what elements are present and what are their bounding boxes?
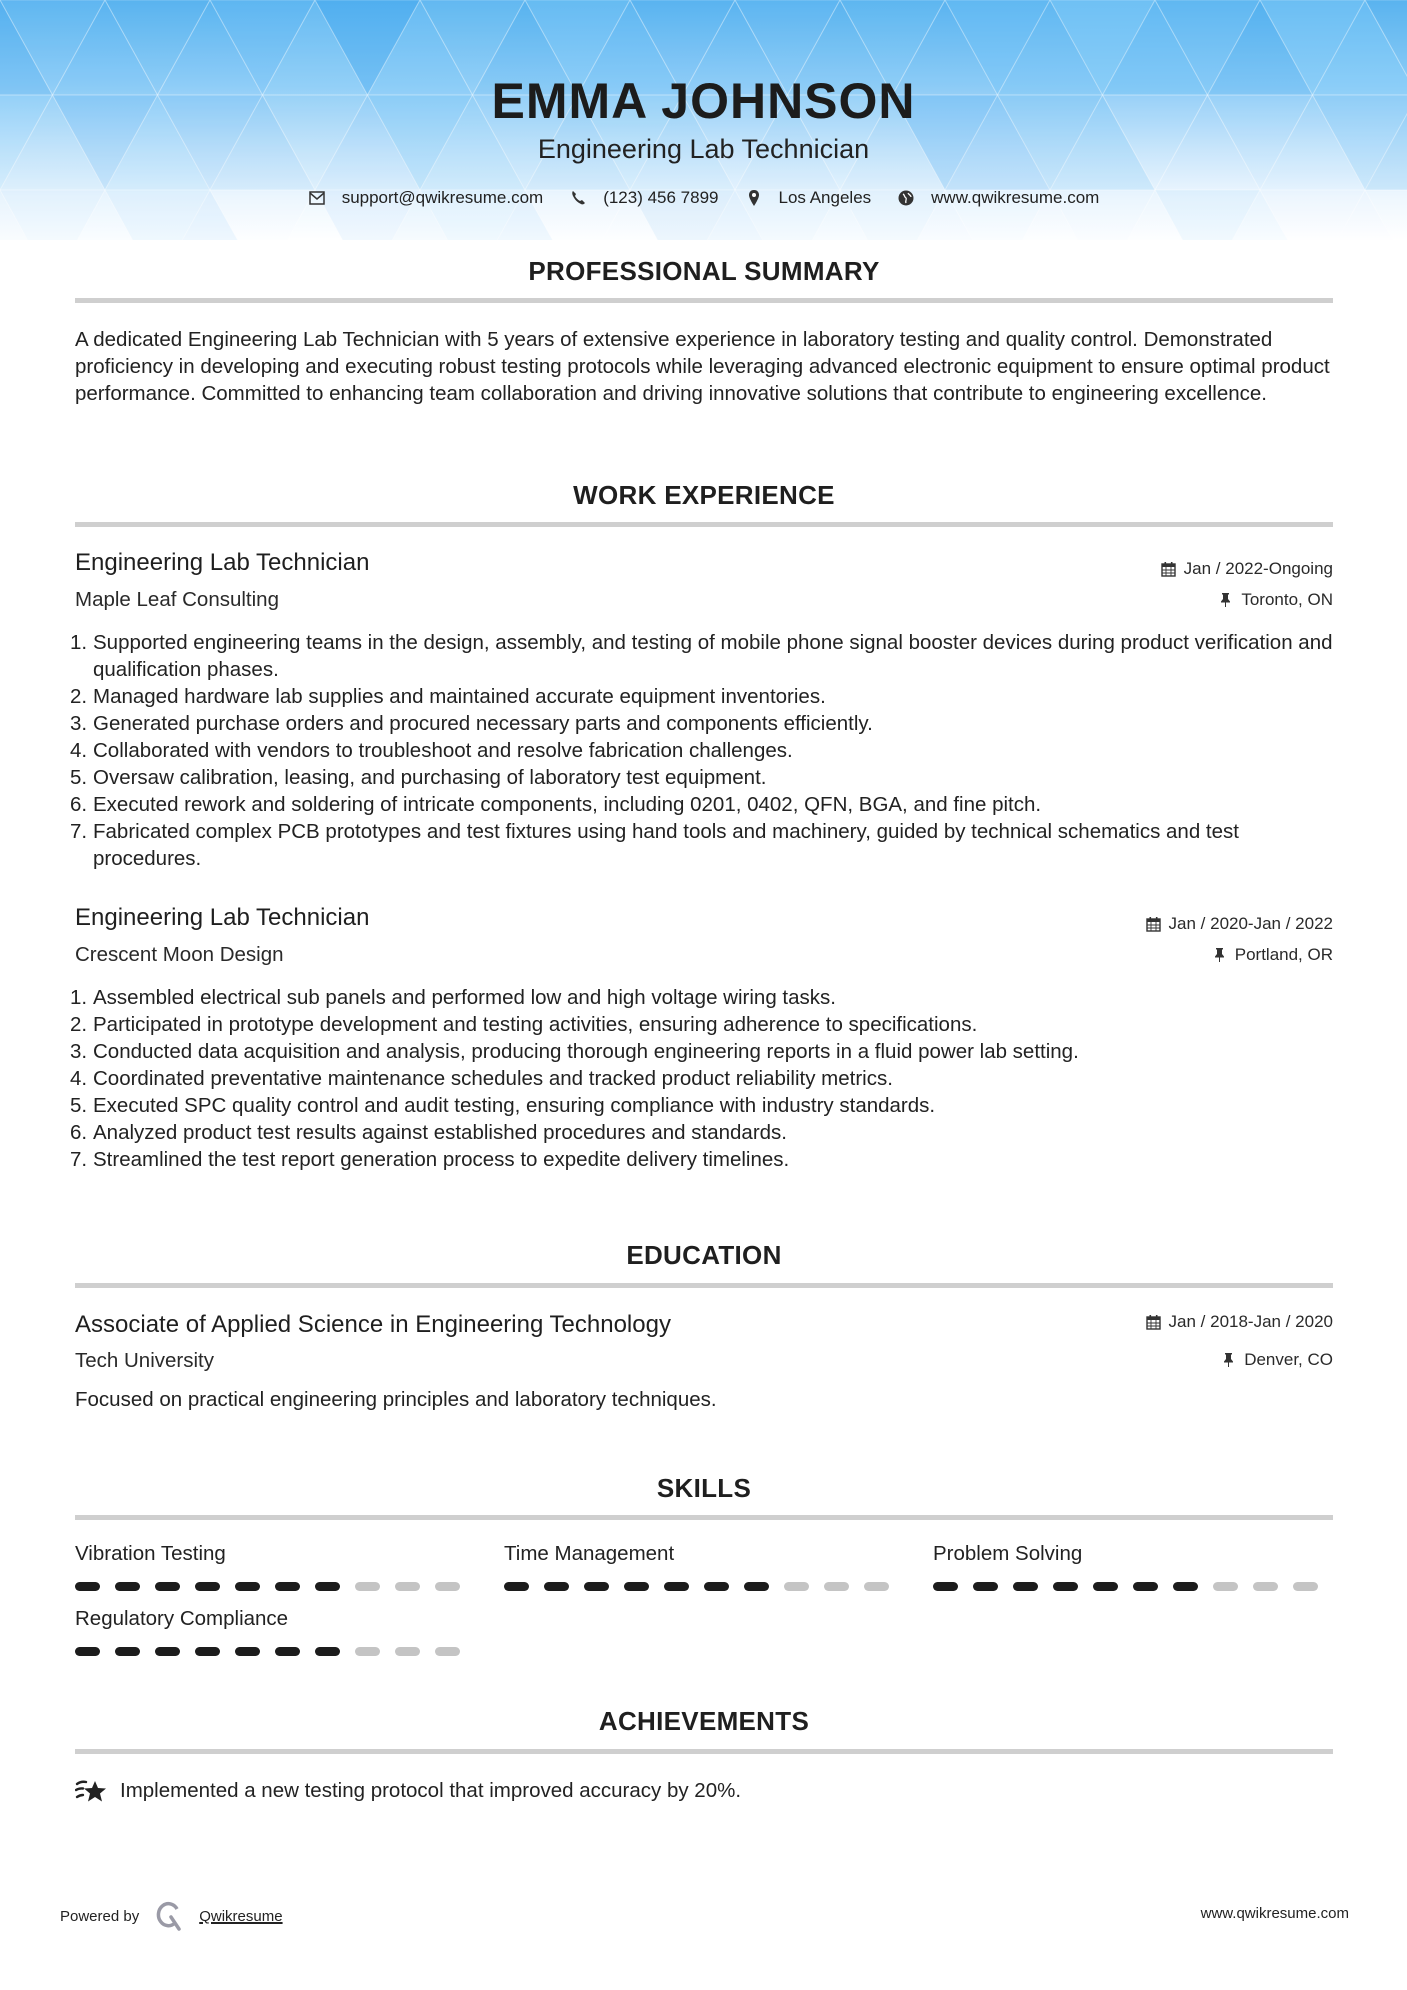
bullet-number: 7. <box>70 1146 87 1173</box>
qwikresume-logo-icon <box>155 1901 185 1931</box>
calendar-icon <box>1161 561 1176 577</box>
contact-phone[interactable]: (123) 456 7899 <box>569 188 718 208</box>
skills-divider <box>75 1515 1333 1520</box>
bullet-item: 7.Fabricated complex PCB prototypes and … <box>70 818 1340 872</box>
pushpin-icon <box>1221 1352 1236 1368</box>
bullet-text: Managed hardware lab supplies and mainta… <box>93 685 826 708</box>
bullet-item: 1.Assembled electrical sub panels and pe… <box>70 984 1340 1011</box>
summary-text: A dedicated Engineering Lab Technician w… <box>75 326 1335 407</box>
candidate-name: EMMA JOHNSON <box>0 72 1407 130</box>
skill-level-segment <box>355 1647 380 1656</box>
bullet-number: 2. <box>70 1011 87 1038</box>
job-dates-text: Jan / 2022-Ongoing <box>1184 559 1333 579</box>
job-location-text: Portland, OR <box>1235 945 1333 965</box>
skill-level-segment <box>664 1582 689 1591</box>
skill-name: Time Management <box>504 1542 904 1568</box>
bullet-number: 5. <box>70 764 87 791</box>
bullet-text: Collaborated with vendors to troubleshoo… <box>93 739 793 762</box>
skill-level-segment <box>1053 1582 1078 1591</box>
bullet-number: 7. <box>70 818 87 845</box>
achievement-text: Implemented a new testing protocol that … <box>120 1779 741 1803</box>
bullet-item: 5.Oversaw calibration, leasing, and purc… <box>70 764 1340 791</box>
contact-website[interactable]: www.qwikresume.com <box>897 188 1099 208</box>
powered-by-label: Powered by <box>60 1908 139 1925</box>
calendar-icon <box>1146 1314 1161 1330</box>
bullet-item: 2.Managed hardware lab supplies and main… <box>70 683 1340 710</box>
company-name: Crescent Moon Design <box>75 943 284 967</box>
skill-level-segment <box>315 1647 340 1656</box>
skill-level-segment <box>115 1647 140 1656</box>
skill-level-segment <box>1133 1582 1158 1591</box>
bullet-number: 1. <box>70 984 87 1011</box>
contact-email[interactable]: support@qwikresume.com <box>308 188 544 208</box>
education-location: Denver, CO <box>1221 1350 1333 1370</box>
achievements-divider <box>75 1749 1333 1754</box>
education-dates-text: Jan / 2018-Jan / 2020 <box>1169 1312 1333 1332</box>
skill-level-segment <box>355 1582 380 1591</box>
skill-level-segment <box>75 1582 100 1591</box>
skill-level-segment <box>155 1647 180 1656</box>
bullet-text: Analyzed product test results against es… <box>93 1121 787 1144</box>
skill-level-segment <box>435 1647 460 1656</box>
bullet-text: Generated purchase orders and procured n… <box>93 712 873 735</box>
bullet-item: 6.Executed rework and soldering of intri… <box>70 791 1340 818</box>
skill-level-segment <box>973 1582 998 1591</box>
skill-name: Regulatory Compliance <box>75 1607 475 1633</box>
skill-level-bar <box>933 1582 1333 1591</box>
summary-heading: PROFESSIONAL SUMMARY <box>75 256 1333 287</box>
bullet-item: 7.Streamlined the test report generation… <box>70 1146 1340 1173</box>
phone-icon <box>569 189 587 207</box>
skill-level-bar <box>75 1647 475 1656</box>
skill-level-segment <box>704 1582 729 1591</box>
experience-heading: WORK EXPERIENCE <box>75 480 1333 511</box>
skill-level-bar <box>504 1582 904 1591</box>
job-location: Toronto, ON <box>1218 590 1333 610</box>
skill-name: Problem Solving <box>933 1542 1333 1568</box>
skill-level-segment <box>235 1647 260 1656</box>
skill-level-segment <box>435 1582 460 1591</box>
education-location-text: Denver, CO <box>1244 1350 1333 1370</box>
skill-level-segment <box>275 1647 300 1656</box>
qwikresume-link[interactable]: Qwikresume <box>199 1908 282 1925</box>
bullet-text: Streamlined the test report generation p… <box>93 1148 789 1171</box>
company-name: Maple Leaf Consulting <box>75 588 279 612</box>
education-divider <box>75 1283 1333 1288</box>
bullet-text: Coordinated preventative maintenance sch… <box>93 1067 893 1090</box>
contact-bar: support@qwikresume.com (123) 456 7899 Lo… <box>0 188 1407 208</box>
achievements-heading: ACHIEVEMENTS <box>75 1706 1333 1737</box>
job-location: Portland, OR <box>1212 945 1333 965</box>
contact-location: Los Angeles <box>745 188 872 208</box>
bullet-text: Participated in prototype development an… <box>93 1013 977 1036</box>
bullet-item: 4.Collaborated with vendors to troublesh… <box>70 737 1340 764</box>
pushpin-icon <box>1212 947 1227 963</box>
contact-phone-text: (123) 456 7899 <box>603 188 718 208</box>
map-marker-icon <box>745 189 763 207</box>
bullet-item: 3.Generated purchase orders and procured… <box>70 710 1340 737</box>
skill-level-segment <box>824 1582 849 1591</box>
summary-divider <box>75 298 1333 303</box>
bullet-text: Assembled electrical sub panels and perf… <box>93 986 836 1009</box>
bullet-number: 4. <box>70 1065 87 1092</box>
job-bullets: 1.Assembled electrical sub panels and pe… <box>70 984 1340 1173</box>
skill-level-segment <box>155 1582 180 1591</box>
bullet-number: 2. <box>70 683 87 710</box>
skill-level-segment <box>275 1582 300 1591</box>
contact-email-text: support@qwikresume.com <box>342 188 544 208</box>
bullet-item: 3.Conducted data acquisition and analysi… <box>70 1038 1340 1065</box>
education-description: Focused on practical engineering princip… <box>75 1386 1335 1413</box>
skill-level-segment <box>195 1582 220 1591</box>
skill-level-segment <box>1213 1582 1238 1591</box>
skill-level-segment <box>395 1582 420 1591</box>
footer-powered-by: Powered by Qwikresume <box>60 1901 283 1931</box>
contact-location-text: Los Angeles <box>779 188 872 208</box>
bullet-item: 4.Coordinated preventative maintenance s… <box>70 1065 1340 1092</box>
skill-level-segment <box>864 1582 889 1591</box>
footer-website[interactable]: www.qwikresume.com <box>1201 1905 1349 1922</box>
skill-level-segment <box>115 1582 140 1591</box>
job-dates: Jan / 2020-Jan / 2022 <box>1146 914 1333 934</box>
skill-level-segment <box>784 1582 809 1591</box>
bullet-number: 6. <box>70 1119 87 1146</box>
contact-website-text: www.qwikresume.com <box>931 188 1099 208</box>
skill-level-segment <box>235 1582 260 1591</box>
skill-level-segment <box>1293 1582 1318 1591</box>
candidate-title: Engineering Lab Technician <box>0 134 1407 165</box>
skill-level-segment <box>1013 1582 1038 1591</box>
skill-item: Problem Solving <box>933 1542 1333 1591</box>
job-dates-text: Jan / 2020-Jan / 2022 <box>1169 914 1333 934</box>
skill-level-segment <box>544 1582 569 1591</box>
bullet-number: 4. <box>70 737 87 764</box>
job-bullets: 1.Supported engineering teams in the des… <box>70 629 1340 872</box>
achievement-item: Implemented a new testing protocol that … <box>75 1778 741 1804</box>
bullet-text: Executed rework and soldering of intrica… <box>93 793 1041 816</box>
skill-level-segment <box>315 1582 340 1591</box>
bullet-number: 3. <box>70 710 87 737</box>
bullet-item: 2.Participated in prototype development … <box>70 1011 1340 1038</box>
bullet-item: 1.Supported engineering teams in the des… <box>70 629 1340 683</box>
bullet-item: 6.Analyzed product test results against … <box>70 1119 1340 1146</box>
bullet-item: 5.Executed SPC quality control and audit… <box>70 1092 1340 1119</box>
school-name: Tech University <box>75 1349 214 1373</box>
job-title: Engineering Lab Technician <box>75 549 369 577</box>
bullet-number: 5. <box>70 1092 87 1119</box>
bullet-number: 3. <box>70 1038 87 1065</box>
skill-level-segment <box>1093 1582 1118 1591</box>
skill-level-segment <box>1173 1582 1198 1591</box>
skill-level-segment <box>504 1582 529 1591</box>
skill-level-segment <box>195 1647 220 1656</box>
education-dates: Jan / 2018-Jan / 2020 <box>1146 1312 1333 1332</box>
bullet-text: Oversaw calibration, leasing, and purcha… <box>93 766 766 789</box>
bullet-text: Fabricated complex PCB prototypes and te… <box>93 820 1239 870</box>
resume-header: EMMA JOHNSON Engineering Lab Technician … <box>0 0 1407 240</box>
job-location-text: Toronto, ON <box>1241 590 1333 610</box>
education-heading: EDUCATION <box>75 1240 1333 1271</box>
experience-divider <box>75 522 1333 527</box>
pushpin-icon <box>1218 592 1233 608</box>
skill-level-segment <box>584 1582 609 1591</box>
job-title: Engineering Lab Technician <box>75 904 369 932</box>
skill-item: Vibration Testing <box>75 1542 475 1591</box>
bullet-text: Executed SPC quality control and audit t… <box>93 1094 935 1117</box>
skills-heading: SKILLS <box>75 1473 1333 1504</box>
bullet-text: Supported engineering teams in the desig… <box>93 631 1333 681</box>
skill-name: Vibration Testing <box>75 1542 475 1568</box>
degree-title: Associate of Applied Science in Engineer… <box>75 1311 671 1339</box>
skill-level-segment <box>933 1582 958 1591</box>
bullet-text: Conducted data acquisition and analysis,… <box>93 1040 1079 1063</box>
job-dates: Jan / 2022-Ongoing <box>1161 559 1333 579</box>
skill-level-bar <box>75 1582 475 1591</box>
skill-level-segment <box>744 1582 769 1591</box>
bullet-number: 6. <box>70 791 87 818</box>
calendar-icon <box>1146 916 1161 932</box>
envelope-icon <box>308 189 326 207</box>
skill-level-segment <box>75 1647 100 1656</box>
skill-level-segment <box>1253 1582 1278 1591</box>
skill-level-segment <box>395 1647 420 1656</box>
shooting-star-icon <box>75 1778 107 1804</box>
skill-item: Time Management <box>504 1542 904 1591</box>
globe-icon <box>897 189 915 207</box>
skill-level-segment <box>624 1582 649 1591</box>
bullet-number: 1. <box>70 629 87 656</box>
skill-item: Regulatory Compliance <box>75 1607 475 1656</box>
